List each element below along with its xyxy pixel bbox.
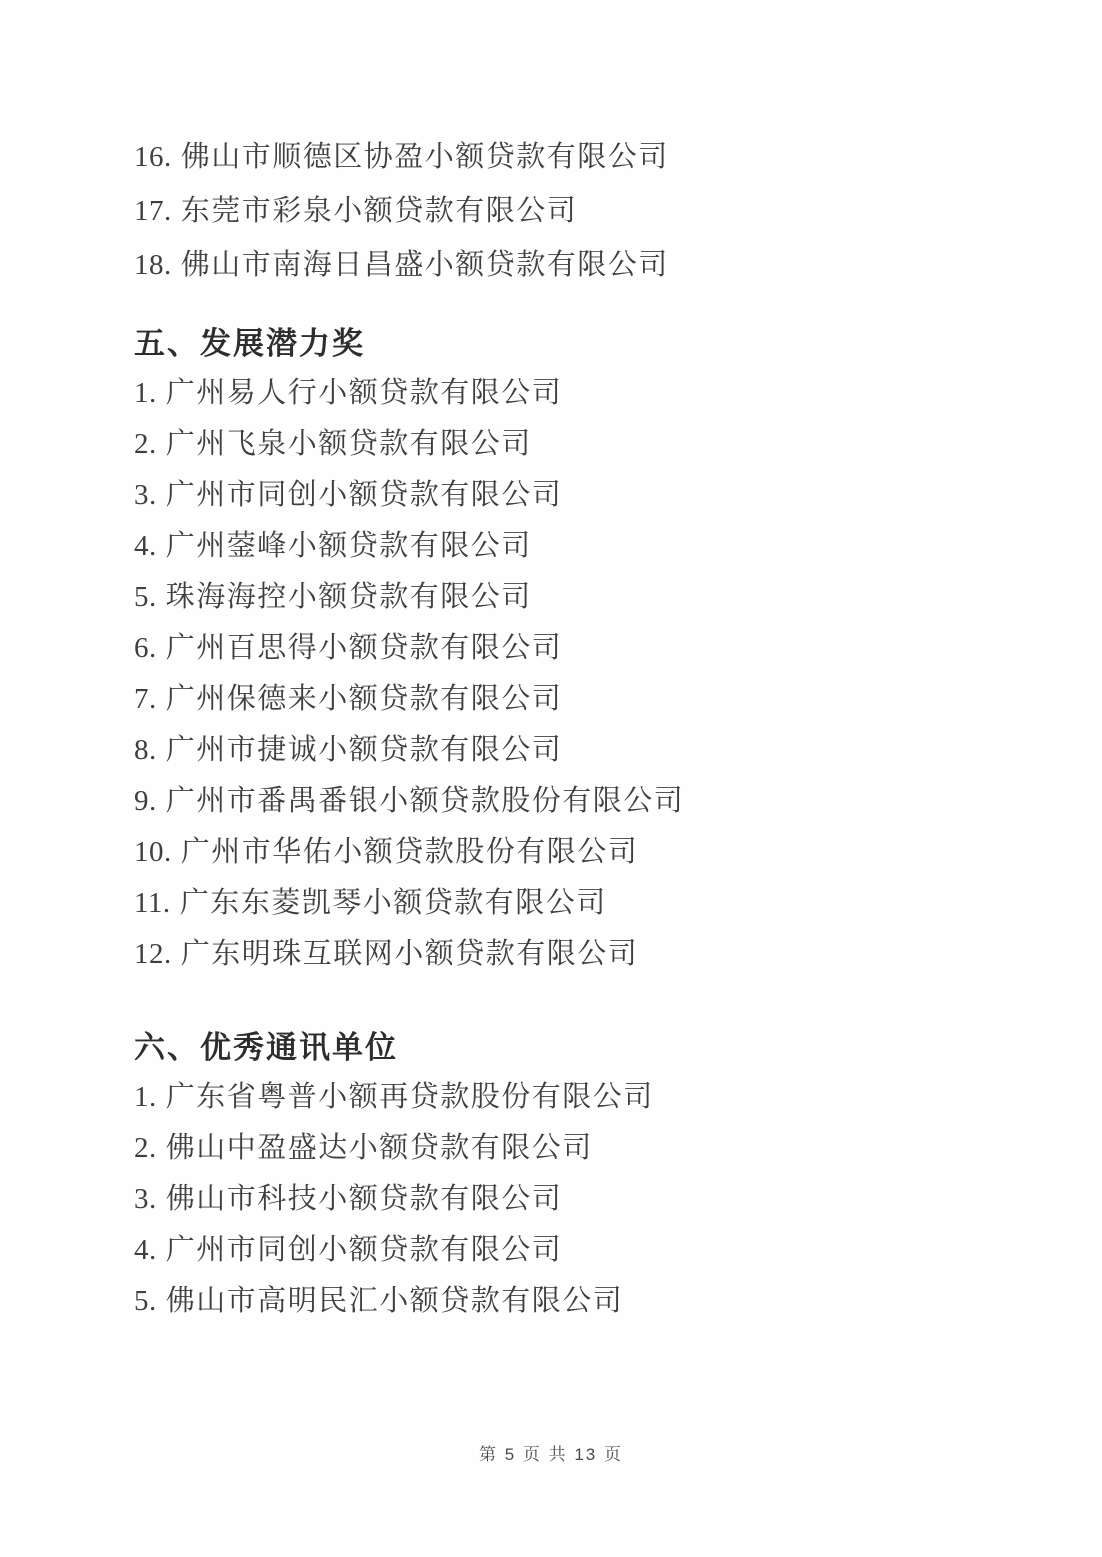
item-number: 11. [134,887,171,919]
section-heading-six: 六、优秀通讯单位 [134,1030,1032,1066]
list-item: 4.广州市同创小额贷款有限公司 [134,1235,1032,1265]
company-name: 广东省粤普小额再贷款股份有限公司 [166,1081,654,1113]
company-name: 佛山市科技小额贷款有限公司 [166,1183,563,1215]
section-five-list: 1.广州易人行小额贷款有限公司 2.广州飞泉小额贷款有限公司 3.广州市同创小额… [134,378,1032,969]
company-name: 东莞市彩泉小额贷款有限公司 [181,195,578,227]
item-number: 1. [134,377,157,409]
list-item: 6.广州百思得小额贷款有限公司 [134,633,1032,663]
list-item: 7.广州保德来小额贷款有限公司 [134,684,1032,714]
list-item: 1.广州易人行小额贷款有限公司 [134,378,1032,408]
item-number: 1. [134,1081,157,1113]
list-item: 8.广州市捷诚小额贷款有限公司 [134,735,1032,765]
company-name: 广州市捷诚小额贷款有限公司 [166,734,563,766]
document-page: 16.佛山市顺德区协盈小额贷款有限公司 17.东莞市彩泉小额贷款有限公司 18.… [0,0,1102,1557]
item-number: 2. [134,1132,157,1164]
company-name: 广州市同创小额贷款有限公司 [166,1234,563,1266]
company-name: 佛山市高明民汇小额贷款有限公司 [166,1285,624,1317]
company-name: 珠海海控小额贷款有限公司 [166,581,532,613]
award-list-continued: 16.佛山市顺德区协盈小额贷款有限公司 17.东莞市彩泉小额贷款有限公司 18.… [134,142,1032,280]
list-item: 9.广州市番禺番银小额贷款股份有限公司 [134,786,1032,816]
company-name: 广州易人行小额贷款有限公司 [166,377,563,409]
company-name: 广州保德来小额贷款有限公司 [166,683,563,715]
company-name: 广州市华佑小额贷款股份有限公司 [181,836,639,868]
company-name: 广州飞泉小额贷款有限公司 [166,428,532,460]
item-number: 2. [134,428,157,460]
item-number: 10. [134,836,172,868]
item-number: 5. [134,1285,157,1317]
list-item: 3.佛山市科技小额贷款有限公司 [134,1184,1032,1214]
list-item: 4.广州蓥峰小额贷款有限公司 [134,531,1032,561]
company-name: 广州蓥峰小额贷款有限公司 [166,530,532,562]
item-number: 5. [134,581,157,613]
company-name: 广州百思得小额贷款有限公司 [166,632,563,664]
item-number: 12. [134,938,172,970]
company-name: 广州市番禺番银小额贷款股份有限公司 [166,785,685,817]
company-name: 广东东菱凯琴小额贷款有限公司 [180,887,607,919]
list-item: 16.佛山市顺德区协盈小额贷款有限公司 [134,142,1032,172]
item-number: 3. [134,479,157,511]
item-number: 7. [134,683,157,715]
item-number: 4. [134,1234,157,1266]
list-item: 2.广州飞泉小额贷款有限公司 [134,429,1032,459]
company-name: 佛山市顺德区协盈小额贷款有限公司 [181,141,669,173]
company-name: 广州市同创小额贷款有限公司 [166,479,563,511]
list-item: 18.佛山市南海日昌盛小额贷款有限公司 [134,250,1032,280]
company-name: 佛山中盈盛达小额贷款有限公司 [166,1132,593,1164]
section-excellent-communication-unit: 六、优秀通讯单位 1.广东省粤普小额再贷款股份有限公司 2.佛山中盈盛达小额贷款… [134,1030,1032,1316]
list-item: 3.广州市同创小额贷款有限公司 [134,480,1032,510]
list-item: 5.佛山市高明民汇小额贷款有限公司 [134,1286,1032,1316]
item-number: 3. [134,1183,157,1215]
company-name: 佛山市南海日昌盛小额贷款有限公司 [181,249,669,281]
section-heading-five: 五、发展潜力奖 [134,326,1032,362]
list-item: 11.广东东菱凯琴小额贷款有限公司 [134,888,1032,918]
company-name: 广东明珠互联网小额贷款有限公司 [181,938,639,970]
list-item: 1.广东省粤普小额再贷款股份有限公司 [134,1082,1032,1112]
item-number: 6. [134,632,157,664]
list-item: 2.佛山中盈盛达小额贷款有限公司 [134,1133,1032,1163]
list-item: 10.广州市华佑小额贷款股份有限公司 [134,837,1032,867]
list-item: 12.广东明珠互联网小额贷款有限公司 [134,939,1032,969]
item-number: 8. [134,734,157,766]
item-number: 16. [134,141,172,173]
item-number: 9. [134,785,157,817]
page-number-footer: 第 5 页 共 13 页 [0,1440,1102,1465]
item-number: 18. [134,249,172,281]
item-number: 4. [134,530,157,562]
list-item: 17.东莞市彩泉小额贷款有限公司 [134,196,1032,226]
item-number: 17. [134,195,172,227]
section-six-list: 1.广东省粤普小额再贷款股份有限公司 2.佛山中盈盛达小额贷款有限公司 3.佛山… [134,1082,1032,1316]
section-development-potential-award: 五、发展潜力奖 1.广州易人行小额贷款有限公司 2.广州飞泉小额贷款有限公司 3… [134,326,1032,969]
list-item: 5.珠海海控小额贷款有限公司 [134,582,1032,612]
